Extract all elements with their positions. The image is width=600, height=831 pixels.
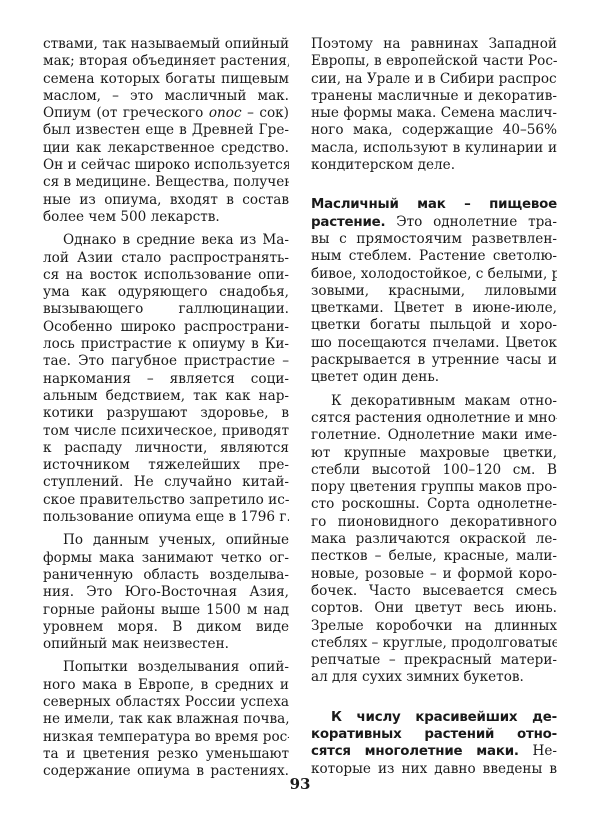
text-line: раскрывается в утренние часы и [311, 352, 557, 369]
text-line: транены масличные и декоратив- [311, 88, 557, 105]
text-line: мака различаются окраской ле- [311, 531, 557, 548]
text-line: бивое, холодостойкое, с белыми, ро- [311, 266, 557, 283]
text-line: северных областях России успеха [43, 694, 289, 711]
right-column: Поэтому на равнинах Западной Европы, в е… [311, 36, 557, 778]
text-line: более чем 500 лекарств. [43, 209, 289, 226]
paragraph-start: По данным ученых, опийные [43, 532, 289, 549]
paragraph-start: К декоративным макам отно- [311, 393, 557, 410]
text-line: го пионовидного декоративного [311, 514, 557, 531]
text-line: Особенно широко распространи- [43, 319, 289, 336]
text-line: маслом, – это масличный мак. [43, 88, 289, 105]
text-line: ции как лекарственное средство. [43, 140, 289, 157]
section-heading: сятся многолетние маки. [311, 744, 519, 759]
text-line: горные районы выше 1500 м над [43, 602, 289, 619]
text-line: уровнем моря. В диком виде [43, 619, 289, 636]
text-line: альным бедствием, так как нар- [43, 388, 289, 405]
text-line: был известен еще в Древней Гре- [43, 122, 289, 139]
left-column: ствами, так называемый опийный мак; втор… [43, 36, 289, 780]
text-line: кондитерском деле. [311, 157, 557, 174]
text-line: цветки богаты пыльцой и хоро- [311, 317, 557, 334]
text-line: сятся многолетние маки. Не- [311, 743, 557, 760]
text-line: бочек. Часто высевается смесь [311, 583, 557, 600]
text-line: формы мака занимают четко ог- [43, 550, 289, 567]
text-line: сортов. Они цветут весь июнь. [311, 600, 557, 617]
text-line: пору цветения группы маков про- [311, 479, 557, 496]
text-line: стебли высотой 100–120 см. В [311, 462, 557, 479]
text-line: Европы, в европейской части Рос- [311, 53, 557, 70]
text-line: ступлений. Не случайно китай- [43, 474, 289, 491]
text-line: опийный мак неизвестен. [43, 636, 289, 653]
section-heading: растение. [311, 215, 385, 230]
italic-term: опос [209, 105, 242, 121]
text-line: вы с прямостоячим разветвлен- [311, 231, 557, 248]
text-line: ума как одуряющего снадобья, [43, 284, 289, 301]
text-line: раниченную область возделыва- [43, 567, 289, 584]
paragraph-start: Попытки возделывания опий- [43, 659, 289, 676]
section-heading: коративных растений отно- [311, 726, 557, 743]
text-line: том числе психическое, приводят [43, 423, 289, 440]
text-line: ал для сухих зимних букетов. [311, 669, 557, 686]
text-line: стеблях – круглые, продолговатые, [311, 635, 557, 652]
text-line: Поэтому на равнинах Западной [311, 36, 557, 53]
text-line: низкая температура во время рос- [43, 729, 289, 746]
text-line: сто роскошны. Сорта однолетне- [311, 496, 557, 513]
text-line: ные формы мака. Семена маслич- [311, 105, 557, 122]
text-line: Он и сейчас широко используется- [43, 157, 289, 174]
text-line: Зрелые коробочки на длинных [311, 618, 557, 635]
text-line: Опиум (от греческого опос – сок) [43, 105, 289, 122]
section-heading: Масличный мак – пищевое [311, 196, 557, 213]
text-line: ствами, так называемый опийный [43, 36, 289, 53]
text-line: семена которых богаты пищевым [43, 71, 289, 88]
text-line: та и цветения резко уменьшают [43, 746, 289, 763]
text-line: пользование опиума еще в 1796 г. [43, 509, 289, 526]
text-line: ного мака, содержащие 40–56% [311, 122, 557, 139]
text-line: ния. Это Юго-Восточная Азия, [43, 584, 289, 601]
text-line: ные из опиума, входят в состав [43, 192, 289, 209]
page-number: 93 [0, 775, 600, 793]
text-line: ся на восток использование опи- [43, 267, 289, 284]
text-line: не имели, так как влажная почва, [43, 711, 289, 728]
section-heading: К числу красивейших де- [311, 709, 557, 726]
paragraph-start: Однако в средние века из Ма- [43, 232, 289, 249]
text-line: наркомания – является соци- [43, 371, 289, 388]
text-line: источником тяжелейших пре- [43, 457, 289, 474]
text-line: лой Азии стало распространять- [43, 250, 289, 267]
text-line: сятся растения однолетние и мно- [311, 410, 557, 427]
text-line: вызывающего галлюцинации. [43, 301, 289, 318]
text-line: растение. Это однолетние тра- [311, 214, 557, 231]
text-line: ское правительство запретило ис- [43, 492, 289, 509]
text-line: новые, розовые – и формой коро- [311, 566, 557, 583]
text-line: зовыми, красными, лиловыми [311, 283, 557, 300]
text-line: пестков – белые, красные, мали- [311, 548, 557, 565]
text-line: тае. Это пагубное пристрастие – [43, 353, 289, 370]
text-line: ного мака в Европе, в средних и [43, 677, 289, 694]
text-line: цветками. Цветет в июне-июле, [311, 300, 557, 317]
text-line: к распаду личности, являются [43, 440, 289, 457]
text-line: ют крупные махровые цветки, [311, 445, 557, 462]
text-line: шо посещаются пчелами. Цветок [311, 335, 557, 352]
text-line: масла, используют в кулинарии и [311, 140, 557, 157]
text-line: сии, на Урале и в Сибири распрос- [311, 71, 557, 88]
text-line: ным стеблем. Растение светолю- [311, 248, 557, 265]
text-line: голетние. Однолетние маки име- [311, 427, 557, 444]
text-line: цветет один день. [311, 369, 557, 386]
text-line: лось пристрастие к опиуму в Ки- [43, 336, 289, 353]
text-line: котики разрушают здоровье, в [43, 405, 289, 422]
text-line: мак; вторая объединяет растения, [43, 53, 289, 70]
text-line: репчатые – прекрасный матери- [311, 652, 557, 669]
text-line: ся в медицине. Вещества, получен- [43, 174, 289, 191]
